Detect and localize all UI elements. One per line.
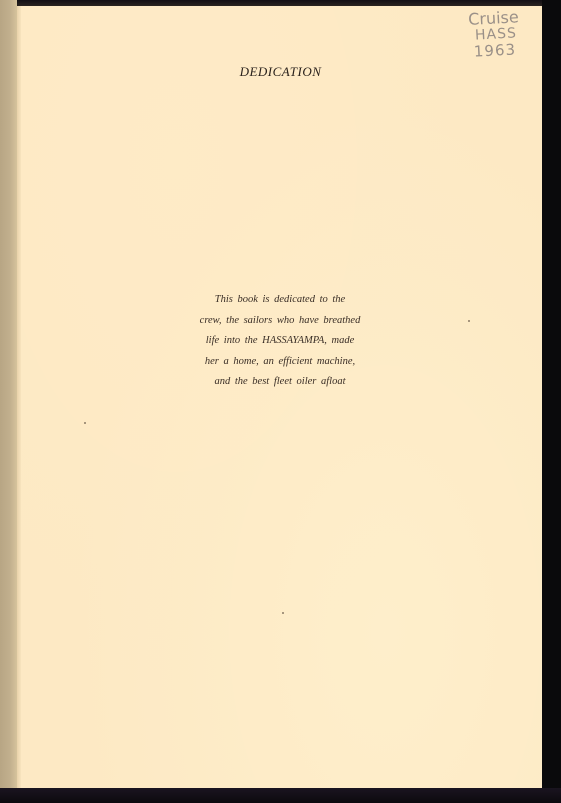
paper-speck xyxy=(84,422,86,424)
right-edge xyxy=(542,0,561,803)
dedication-line: crew, the sailors who have breathed xyxy=(155,311,405,332)
handwritten-note: Cruise HASS 1963 xyxy=(464,8,546,60)
dedication-line: life into the HASSAYAMPA, made xyxy=(155,331,405,352)
page-title: DEDICATION xyxy=(0,64,561,80)
dedication-line: and the best fleet oiler afloat xyxy=(155,372,405,393)
dedication-line: This book is dedicated to the xyxy=(155,290,405,311)
dedication-text: This book is dedicated to the crew, the … xyxy=(155,290,405,393)
book-page xyxy=(19,6,542,788)
gutter-shadow xyxy=(17,6,21,788)
paper-speck xyxy=(468,320,470,322)
bottom-edge xyxy=(0,788,561,803)
paper-speck xyxy=(282,612,284,614)
dedication-line: her a home, an efficient machine, xyxy=(155,352,405,373)
scanned-page: Cruise HASS 1963 DEDICATION This book is… xyxy=(0,0,561,803)
book-binding xyxy=(0,0,17,803)
